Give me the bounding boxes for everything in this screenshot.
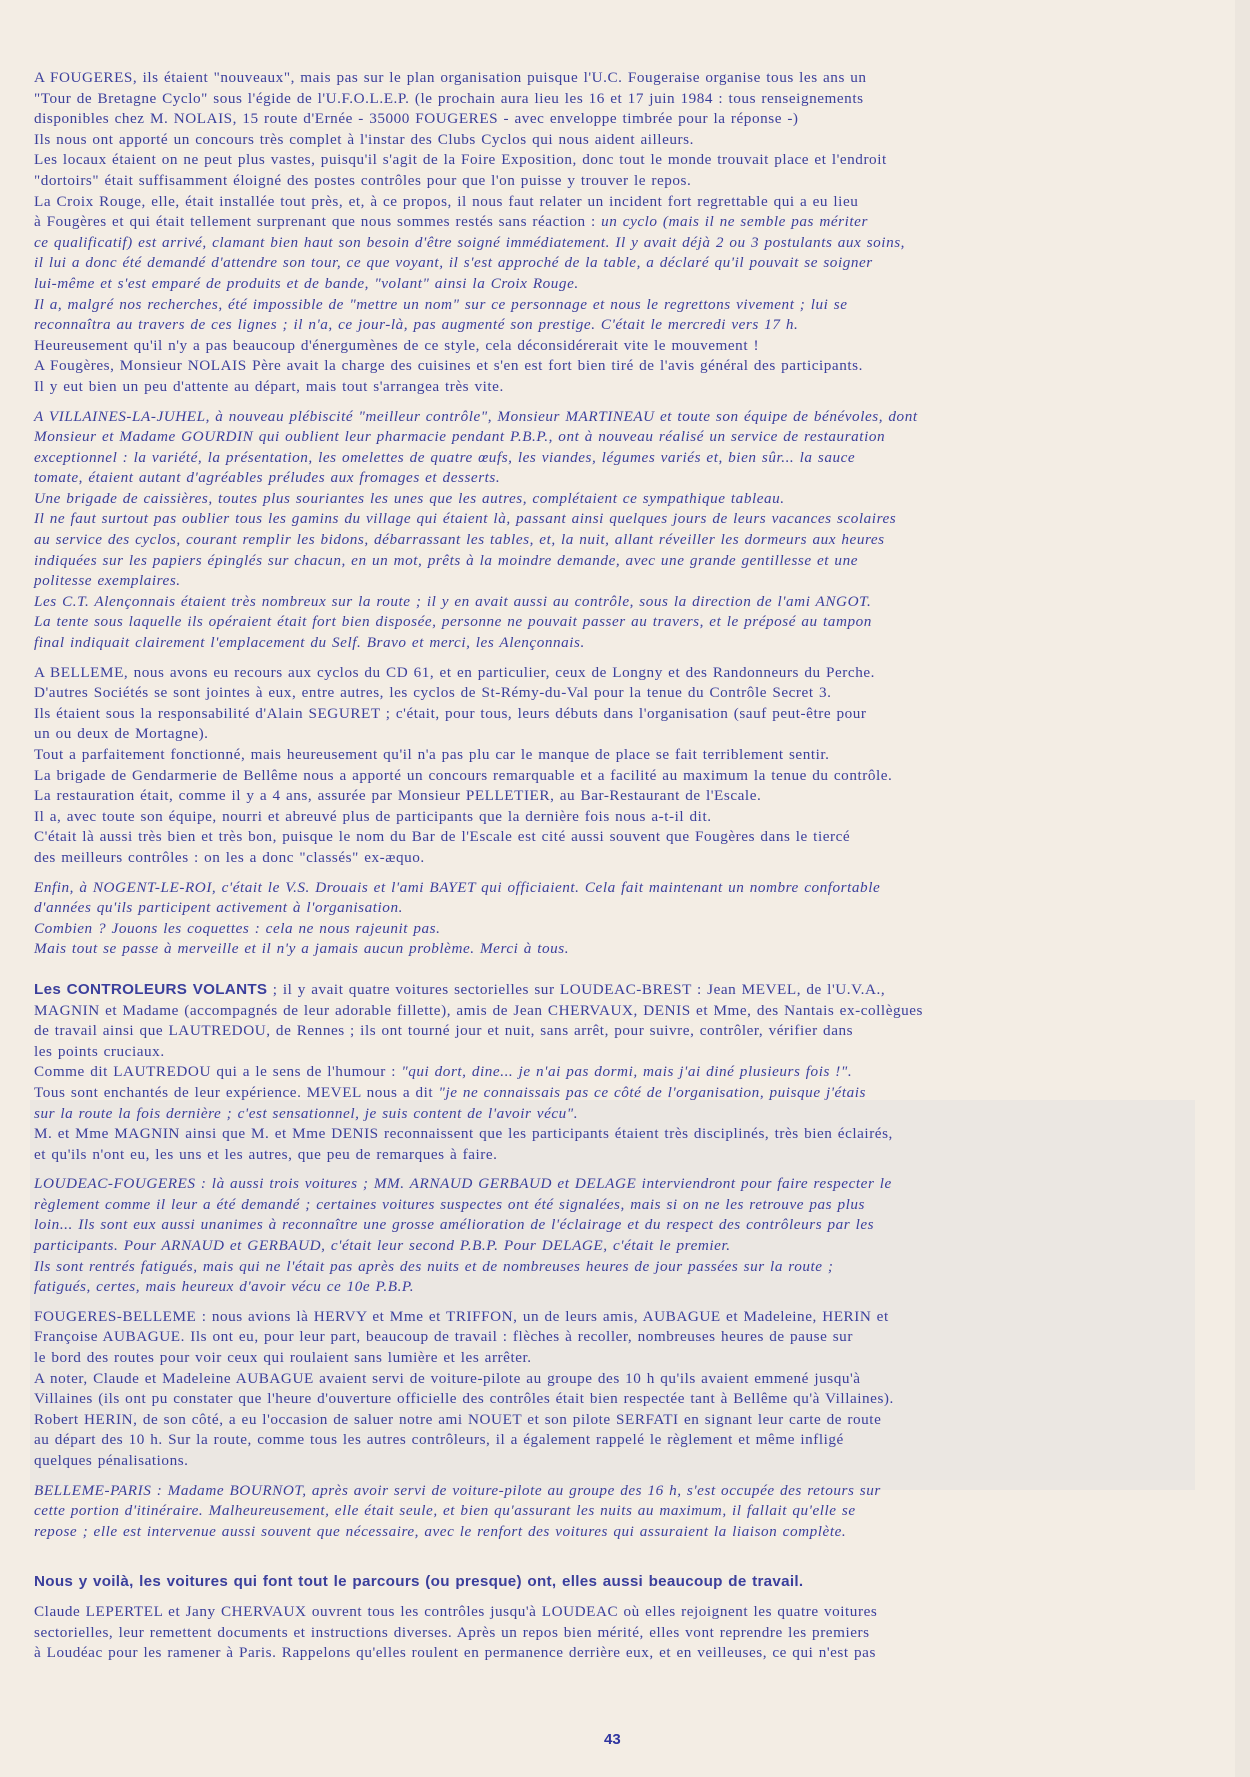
text-run: Tous sont enchantés de leur expérience. …: [34, 1084, 439, 1101]
page-number: 43: [604, 1731, 621, 1748]
paragraph-fougeres-belleme: FOUGERES-BELLEME : nous avions là HERVY …: [34, 1307, 1199, 1472]
italic-text-run: un cyclo (mais il ne semble pas mériter: [601, 213, 868, 230]
italic-text-run: reconnaîtra au travers de ces lignes ; i…: [34, 316, 798, 333]
italic-text-run: A VILLAINES-LA-JUHEL, à nouveau plébisci…: [34, 408, 918, 425]
italic-text-run: exceptionnel : la variété, la présentati…: [34, 449, 855, 466]
italic-text-run: Combien ? Jouons les coquettes : cela ne…: [34, 920, 440, 937]
italic-text-run: Ils sont rentrés fatigués, mais qui ne l…: [34, 1258, 834, 1275]
text-line: Les CONTROLEURS VOLANTS ; il y avait qua…: [34, 980, 1199, 1001]
italic-text-run: au service des cyclos, courant remplir l…: [34, 531, 885, 548]
text-line: Ils sont rentrés fatigués, mais qui ne l…: [34, 1257, 1199, 1278]
text-line: cette portion d'itinéraire. Malheureusem…: [34, 1501, 1199, 1522]
text-run: A noter, Claude et Madeleine AUBAGUE ava…: [34, 1370, 861, 1387]
section-heading: Les CONTROLEURS VOLANTS: [34, 981, 267, 998]
italic-text-run: BELLEME-PARIS : Madame BOURNOT, après av…: [34, 1482, 881, 1499]
text-line: des meilleurs contrôles : on les a donc …: [34, 848, 1199, 869]
text-line: A Fougères, Monsieur NOLAIS Père avait l…: [34, 356, 1199, 377]
text-run: MAGNIN et Madame (accompagnés de leur ad…: [34, 1002, 923, 1019]
italic-text-run: Monsieur et Madame GOURDIN qui oublient …: [34, 428, 885, 445]
text-line: Les locaux étaient on ne peut plus vaste…: [34, 150, 1199, 171]
text-run: de travail ainsi que LAUTREDOU, de Renne…: [34, 1022, 853, 1039]
text-line: Une brigade de caissières, toutes plus s…: [34, 489, 1199, 510]
text-line: et qu'ils n'ont eu, les uns et les autre…: [34, 1145, 1199, 1166]
text-run: Villaines (ils ont pu constater que l'he…: [34, 1390, 894, 1407]
italic-text-run: il lui a donc été demandé d'attendre son…: [34, 254, 873, 271]
text-line: participants. Pour ARNAUD et GERBAUD, c'…: [34, 1236, 1199, 1257]
text-line: Tous sont enchantés de leur expérience. …: [34, 1083, 1199, 1104]
text-line: "Tour de Bretagne Cyclo" sous l'égide de…: [34, 89, 1199, 110]
text-line: La restauration était, comme il y a 4 an…: [34, 786, 1199, 807]
text-run: Françoise AUBAGUE. Ils ont eu, pour leur…: [34, 1328, 853, 1345]
italic-text-run: tomate, étaient autant d'agréables prélu…: [34, 469, 500, 486]
italic-text-run: ce qualificatif) est arrivé, clamant bie…: [34, 234, 905, 251]
text-run: Comme dit LAUTREDOU qui a le sens de l'h…: [34, 1063, 401, 1080]
text-run: des meilleurs contrôles : on les a donc …: [34, 849, 425, 866]
text-line: A FOUGERES, ils étaient "nouveaux", mais…: [34, 68, 1199, 89]
text-run: "Tour de Bretagne Cyclo" sous l'égide de…: [34, 90, 864, 107]
italic-text-run: Il ne faut surtout pas oublier tous les …: [34, 510, 896, 527]
text-line: sur la route la fois dernière ; c'est se…: [34, 1104, 1199, 1125]
text-line: loin... Ils sont eux aussi unanimes à re…: [34, 1215, 1199, 1236]
text-run: au départ des 10 h. Sur la route, comme …: [34, 1431, 844, 1448]
text-line: A BELLEME, nous avons eu recours aux cyc…: [34, 663, 1199, 684]
text-line: indiquées sur les papiers épinglés sur c…: [34, 551, 1199, 572]
text-run: disponibles chez M. NOLAIS, 15 route d'E…: [34, 110, 799, 127]
text-run: FOUGERES-BELLEME : nous avions là HERVY …: [34, 1308, 889, 1325]
text-line: fatigués, certes, mais heureux d'avoir v…: [34, 1277, 1199, 1298]
text-line: Comme dit LAUTREDOU qui a le sens de l'h…: [34, 1062, 1199, 1083]
text-line: Il y eut bien un peu d'attente au départ…: [34, 377, 1199, 398]
text-line: lui-même et s'est emparé de produits et …: [34, 274, 1199, 295]
italic-text-run: LOUDEAC-FOUGERES : là aussi trois voitur…: [34, 1175, 892, 1192]
text-run: M. et Mme MAGNIN ainsi que M. et Mme DEN…: [34, 1125, 893, 1142]
italic-text-run: Les C.T. Alençonnais étaient très nombre…: [34, 593, 871, 610]
text-run: "dortoirs" était suffisamment éloigné de…: [34, 172, 691, 189]
text-line: Enfin, à NOGENT-LE-ROI, c'était le V.S. …: [34, 878, 1199, 899]
italic-text-run: cette portion d'itinéraire. Malheureusem…: [34, 1502, 856, 1519]
text-run: à Loudéac pour les ramener à Paris. Rapp…: [34, 1644, 876, 1661]
text-run: D'autres Sociétés se sont jointes à eux,…: [34, 684, 831, 701]
text-run: Robert HERIN, de son côté, a eu l'occasi…: [34, 1411, 881, 1428]
paragraph-belleme: A BELLEME, nous avons eu recours aux cyc…: [34, 663, 1199, 869]
italic-text-run: "je ne connaissais pas ce côté de l'orga…: [439, 1084, 866, 1101]
text-line: Il ne faut surtout pas oublier tous les …: [34, 509, 1199, 530]
italic-text-run: d'années qu'ils participent activement à…: [34, 899, 403, 916]
text-line: MAGNIN et Madame (accompagnés de leur ad…: [34, 1001, 1199, 1022]
italic-text-run: Mais tout se passe à merveille et il n'y…: [34, 940, 569, 957]
text-run: La brigade de Gendarmerie de Bellême nou…: [34, 767, 892, 784]
italic-text-run: lui-même et s'est emparé de produits et …: [34, 275, 579, 292]
text-line: LOUDEAC-FOUGERES : là aussi trois voitur…: [34, 1174, 1199, 1195]
text-run: La restauration était, comme il y a 4 an…: [34, 787, 761, 804]
text-line: politesse exemplaires.: [34, 571, 1199, 592]
text-run: Il y eut bien un peu d'attente au départ…: [34, 378, 504, 395]
text-line: disponibles chez M. NOLAIS, 15 route d'E…: [34, 109, 1199, 130]
italic-text-run: fatigués, certes, mais heureux d'avoir v…: [34, 1278, 414, 1295]
italic-text-run: La tente sous laquelle ils opéraient éta…: [34, 613, 872, 630]
paragraph-lepertel: Claude LEPERTEL et Jany CHERVAUX ouvrent…: [34, 1602, 1199, 1664]
text-run: A Fougères, Monsieur NOLAIS Père avait l…: [34, 357, 863, 374]
section-heading: Nous y voilà, les voitures qui font tout…: [34, 1573, 803, 1590]
italic-text-run: loin... Ils sont eux aussi unanimes à re…: [34, 1216, 874, 1233]
paragraph-loudeac-fougeres: LOUDEAC-FOUGERES : là aussi trois voitur…: [34, 1174, 1199, 1298]
italic-text-run: Une brigade de caissières, toutes plus s…: [34, 490, 785, 507]
text-line: C'était là aussi très bien et très bon, …: [34, 827, 1199, 848]
text-line: Nous y voilà, les voitures qui font tout…: [34, 1572, 1199, 1593]
text-line: Monsieur et Madame GOURDIN qui oublient …: [34, 427, 1199, 448]
text-line: ce qualificatif) est arrivé, clamant bie…: [34, 233, 1199, 254]
text-line: le bord des routes pour voir ceux qui ro…: [34, 1348, 1199, 1369]
text-run: La Croix Rouge, elle, était installée to…: [34, 193, 858, 210]
text-line: FOUGERES-BELLEME : nous avions là HERVY …: [34, 1307, 1199, 1328]
text-line: A VILLAINES-LA-JUHEL, à nouveau plébisci…: [34, 407, 1199, 428]
text-line: D'autres Sociétés se sont jointes à eux,…: [34, 683, 1199, 704]
text-line: Combien ? Jouons les coquettes : cela ne…: [34, 919, 1199, 940]
text-line: au service des cyclos, courant remplir l…: [34, 530, 1199, 551]
italic-text-run: sur la route la fois dernière ; c'est se…: [34, 1105, 578, 1122]
text-line: sectorielles, leur remettent documents e…: [34, 1623, 1199, 1644]
text-run: à Fougères et qui était tellement surpre…: [34, 213, 601, 230]
text-line: M. et Mme MAGNIN ainsi que M. et Mme DEN…: [34, 1124, 1199, 1145]
text-line: Villaines (ils ont pu constater que l'he…: [34, 1389, 1199, 1410]
text-run: Ils étaient sous la responsabilité d'Ala…: [34, 705, 867, 722]
text-line: à Loudéac pour les ramener à Paris. Rapp…: [34, 1643, 1199, 1664]
text-line: règlement comme il leur a été demandé ; …: [34, 1195, 1199, 1216]
text-line: Il a, avec toute son équipe, nourri et a…: [34, 807, 1199, 828]
text-run: sectorielles, leur remettent documents e…: [34, 1624, 870, 1641]
text-line: Il a, malgré nos recherches, été impossi…: [34, 295, 1199, 316]
paragraph-villaines: A VILLAINES-LA-JUHEL, à nouveau plébisci…: [34, 407, 1199, 654]
text-line: quelques pénalisations.: [34, 1451, 1199, 1472]
text-line: les points cruciaux.: [34, 1042, 1199, 1063]
text-line: Ils étaient sous la responsabilité d'Ala…: [34, 704, 1199, 725]
text-line: un ou deux de Mortagne).: [34, 724, 1199, 745]
paragraph-nous-y-voila: Nous y voilà, les voitures qui font tout…: [34, 1572, 1199, 1593]
text-run: les points cruciaux.: [34, 1043, 165, 1060]
text-line: il lui a donc été demandé d'attendre son…: [34, 253, 1199, 274]
text-line: Ils nous ont apporté un concours très co…: [34, 130, 1199, 151]
text-line: Françoise AUBAGUE. Ils ont eu, pour leur…: [34, 1327, 1199, 1348]
text-line: repose ; elle est intervenue aussi souve…: [34, 1522, 1199, 1543]
text-run: un ou deux de Mortagne).: [34, 725, 209, 742]
text-line: reconnaîtra au travers de ces lignes ; i…: [34, 315, 1199, 336]
text-line: La brigade de Gendarmerie de Bellême nou…: [34, 766, 1199, 787]
text-line: BELLEME-PARIS : Madame BOURNOT, après av…: [34, 1481, 1199, 1502]
text-run: A FOUGERES, ils étaient "nouveaux", mais…: [34, 69, 867, 86]
italic-text-run: final indiquait clairement l'emplacement…: [34, 634, 585, 651]
text-run: et qu'ils n'ont eu, les uns et les autre…: [34, 1146, 498, 1163]
text-run: Heureusement qu'il n'y a pas beaucoup d'…: [34, 337, 759, 354]
text-run: Claude LEPERTEL et Jany CHERVAUX ouvrent…: [34, 1603, 877, 1620]
italic-text-run: participants. Pour ARNAUD et GERBAUD, c'…: [34, 1237, 731, 1254]
text-line: exceptionnel : la variété, la présentati…: [34, 448, 1199, 469]
text-run: Les locaux étaient on ne peut plus vaste…: [34, 151, 887, 168]
text-run: ; il y avait quatre voitures sectorielle…: [267, 981, 885, 998]
text-line: A noter, Claude et Madeleine AUBAGUE ava…: [34, 1369, 1199, 1390]
paragraph-belleme-paris: BELLEME-PARIS : Madame BOURNOT, après av…: [34, 1481, 1199, 1543]
text-line: d'années qu'ils participent activement à…: [34, 898, 1199, 919]
italic-text-run: indiquées sur les papiers épinglés sur c…: [34, 552, 858, 569]
text-line: tomate, étaient autant d'agréables prélu…: [34, 468, 1199, 489]
text-line: "dortoirs" était suffisamment éloigné de…: [34, 171, 1199, 192]
paragraph-fougeres: A FOUGERES, ils étaient "nouveaux", mais…: [34, 68, 1199, 398]
text-line: Les C.T. Alençonnais étaient très nombre…: [34, 592, 1199, 613]
text-line: La tente sous laquelle ils opéraient éta…: [34, 612, 1199, 633]
text-run: Ils nous ont apporté un concours très co…: [34, 131, 694, 148]
text-run: quelques pénalisations.: [34, 1452, 189, 1469]
text-line: La Croix Rouge, elle, était installée to…: [34, 192, 1199, 213]
text-line: au départ des 10 h. Sur la route, comme …: [34, 1430, 1199, 1451]
text-line: Tout a parfaitement fonctionné, mais heu…: [34, 745, 1199, 766]
text-line: Mais tout se passe à merveille et il n'y…: [34, 939, 1199, 960]
text-line: à Fougères et qui était tellement surpre…: [34, 212, 1199, 233]
text-run: Il a, avec toute son équipe, nourri et a…: [34, 808, 712, 825]
italic-text-run: "qui dort, dine... je n'ai pas dormi, ma…: [401, 1063, 852, 1080]
text-line: Heureusement qu'il n'y a pas beaucoup d'…: [34, 336, 1199, 357]
paragraph-nogent: Enfin, à NOGENT-LE-ROI, c'était le V.S. …: [34, 878, 1199, 960]
text-line: final indiquait clairement l'emplacement…: [34, 633, 1199, 654]
text-line: de travail ainsi que LAUTREDOU, de Renne…: [34, 1021, 1199, 1042]
italic-text-run: Enfin, à NOGENT-LE-ROI, c'était le V.S. …: [34, 879, 880, 896]
text-run: C'était là aussi très bien et très bon, …: [34, 828, 850, 845]
italic-text-run: Il a, malgré nos recherches, été impossi…: [34, 296, 848, 313]
text-run: A BELLEME, nous avons eu recours aux cyc…: [34, 664, 875, 681]
text-run: Tout a parfaitement fonctionné, mais heu…: [34, 746, 830, 763]
text-line: Robert HERIN, de son côté, a eu l'occasi…: [34, 1410, 1199, 1431]
italic-text-run: politesse exemplaires.: [34, 572, 181, 589]
paragraph-controleurs: Les CONTROLEURS VOLANTS ; il y avait qua…: [34, 980, 1199, 1165]
italic-text-run: repose ; elle est intervenue aussi souve…: [34, 1523, 846, 1540]
document-page: A FOUGERES, ils étaient "nouveaux", mais…: [34, 68, 1199, 1673]
text-run: le bord des routes pour voir ceux qui ro…: [34, 1349, 532, 1366]
text-line: Claude LEPERTEL et Jany CHERVAUX ouvrent…: [34, 1602, 1199, 1623]
page-edge: [1235, 0, 1250, 1777]
italic-text-run: règlement comme il leur a été demandé ; …: [34, 1196, 865, 1213]
